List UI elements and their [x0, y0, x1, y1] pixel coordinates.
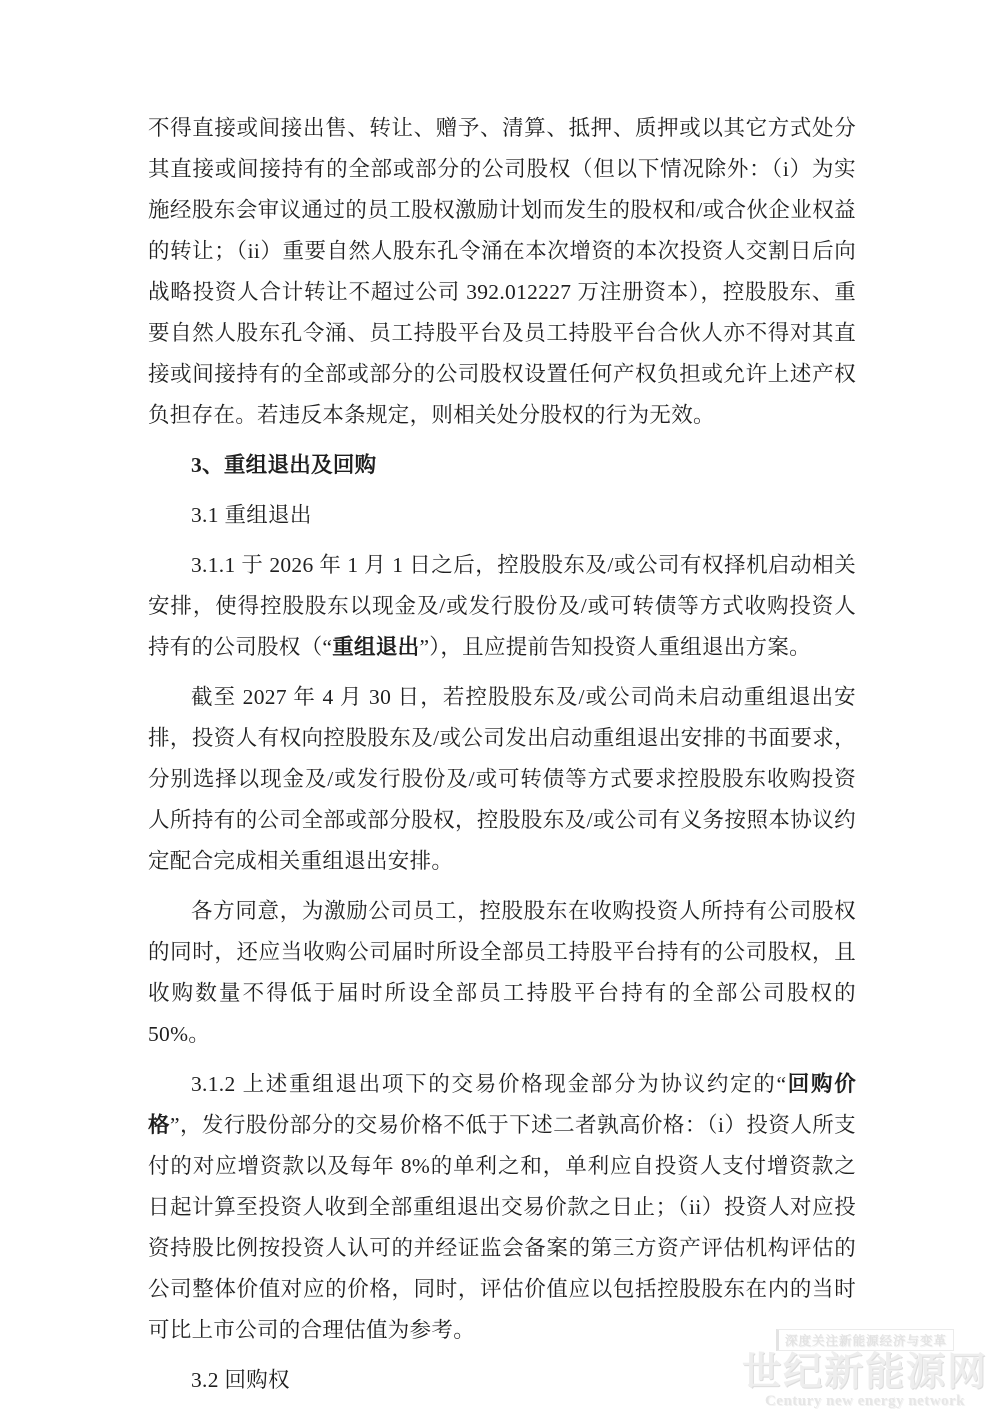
paragraph-text: ”，发行股份部分的交易价格不低于下述二者孰高价格：（i）投资人所支付的对应增资款…: [148, 1113, 856, 1342]
defined-term-restructuring-exit: 重组退出: [332, 635, 419, 659]
site-watermark: 深度关注新能源经济与变革 世纪新能源网 Century new energy n…: [740, 1329, 990, 1409]
watermark-english-name: Century new energy network: [740, 1393, 990, 1409]
paragraph-continuation: 不得直接或间接出售、转让、赠予、清算、抵押、质押或以其它方式处分其直接或间接持有…: [148, 108, 856, 436]
watermark-logo-text: 世纪新能源网: [740, 1353, 990, 1393]
paragraph-text: ”），且应提前告知投资人重组退出方案。: [419, 635, 811, 659]
section-heading-3: 3、重组退出及回购: [148, 445, 856, 486]
paragraph-text: 3.1.2 上述重组退出项下的交易价格现金部分为协议约定的“: [191, 1072, 786, 1096]
section-heading-3-1: 3.1 重组退出: [148, 495, 856, 536]
paragraph-esop-buyback: 各方同意，为激励公司员工，控股股东在收购投资人所持有公司股权的同时，还应当收购公…: [148, 891, 856, 1055]
document-body: 不得直接或间接出售、转让、赠予、清算、抵押、质押或以其它方式处分其直接或间接持有…: [148, 108, 856, 1410]
document-page: 不得直接或间接出售、转让、赠予、清算、抵押、质押或以其它方式处分其直接或间接持有…: [0, 0, 1000, 1414]
watermark-tagline: 深度关注新能源经济与变革: [776, 1329, 954, 1351]
paragraph-3-1-2: 3.1.2 上述重组退出项下的交易价格现金部分为协议约定的“回购价格”，发行股份…: [148, 1064, 856, 1351]
paragraph-3-1-1: 3.1.1 于 2026 年 1 月 1 日之后，控股股东及/或公司有权择机启动…: [148, 545, 856, 668]
paragraph-exit-deadline: 截至 2027 年 4 月 30 日，若控股股东及/或公司尚未启动重组退出安排，…: [148, 677, 856, 882]
